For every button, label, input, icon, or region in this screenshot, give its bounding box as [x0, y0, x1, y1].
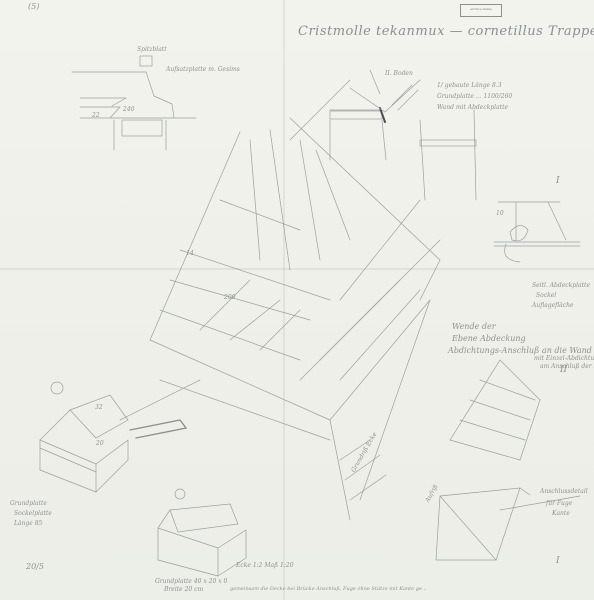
detail-label-top-center: II. Boden — [385, 70, 413, 77]
right-block-note-5: am Anschluß der Stütze — [540, 363, 594, 370]
mid-right-note-1: Seitl. Abdeckplatte — [532, 282, 590, 289]
detail-label-top-left: Spitzblatt — [137, 46, 167, 53]
dim-label: 200 — [224, 294, 235, 301]
dim-label: 14 — [186, 250, 194, 257]
left-lower-note-2: Sockelplatte — [14, 510, 52, 517]
joint-detail-top-center — [290, 70, 420, 160]
page-mark: (5) — [28, 2, 39, 11]
plate-detail-bottom-right — [436, 488, 580, 560]
sheet-title: Cristmolle tekanmux — cornetillus Trappe — [298, 24, 594, 39]
dim-label: 240 — [123, 106, 134, 113]
right-block-note-3: Abdichtungs-Anschluß an die Wand — [448, 346, 592, 355]
bottom-right-note-2: für Fuge — [546, 500, 572, 507]
detail-caption-top-left: Aufsatzplatte m. Gesims — [166, 66, 240, 73]
left-fraction: 20/5 — [26, 562, 44, 571]
bottom-center-note-1: Grundplatte 40 x 20 x 0 — [155, 578, 227, 585]
bottom-right-note-3: Kante — [552, 510, 570, 517]
archive-stamp: archive stamp — [460, 4, 502, 17]
bottom-center-note-2: Breite 20 cm — [164, 586, 203, 593]
block-lower-center — [158, 489, 246, 576]
pencil-linework — [0, 0, 594, 600]
bottom-right-note-1: Anschlussdetail — [540, 488, 588, 495]
left-lower-note-1: Grundplatte — [10, 500, 47, 507]
drawing-sheet: archive stamp Cristmolle tekanmux — corn… — [0, 0, 594, 600]
mid-right-note-2: Sockel — [536, 292, 556, 299]
top-right-note-1: 1/ gebaute Länge 8.3 — [437, 82, 502, 89]
dim-label: 20 — [96, 440, 104, 447]
bottom-center-note-3: gemeinsam die Decke bei Brücke Anschluß,… — [230, 586, 427, 592]
roman-numeral-3: I — [556, 556, 560, 566]
top-right-note-3: Wand mit Abdeckplatte — [437, 104, 508, 111]
left-lower-note-3: Länge 85 — [14, 520, 42, 527]
mid-right-note-3: Auflagefläche — [532, 302, 574, 309]
stepped-pyramid-right — [450, 360, 540, 460]
top-right-note-2: Grundplatte ... 1100/260 — [437, 93, 512, 100]
right-block-note-1: Wende der — [452, 322, 496, 331]
dim-label: 10 — [496, 210, 504, 217]
block-lower-left — [40, 382, 186, 492]
bottom-center-scale: Ecke 1:2 Maß 1:20 — [236, 562, 294, 569]
pyramid-isometric-main — [120, 118, 440, 520]
dim-label: 22 — [92, 112, 100, 119]
box-detail-top-right — [420, 110, 476, 200]
profile-detail-right — [494, 202, 580, 262]
right-block-note-4: mit Einzel-Abdichtung — [534, 355, 594, 362]
roman-numeral-1: I — [556, 176, 560, 186]
right-block-note-2: Ebene Abdeckung — [452, 334, 526, 343]
dim-label: 32 — [95, 404, 103, 411]
